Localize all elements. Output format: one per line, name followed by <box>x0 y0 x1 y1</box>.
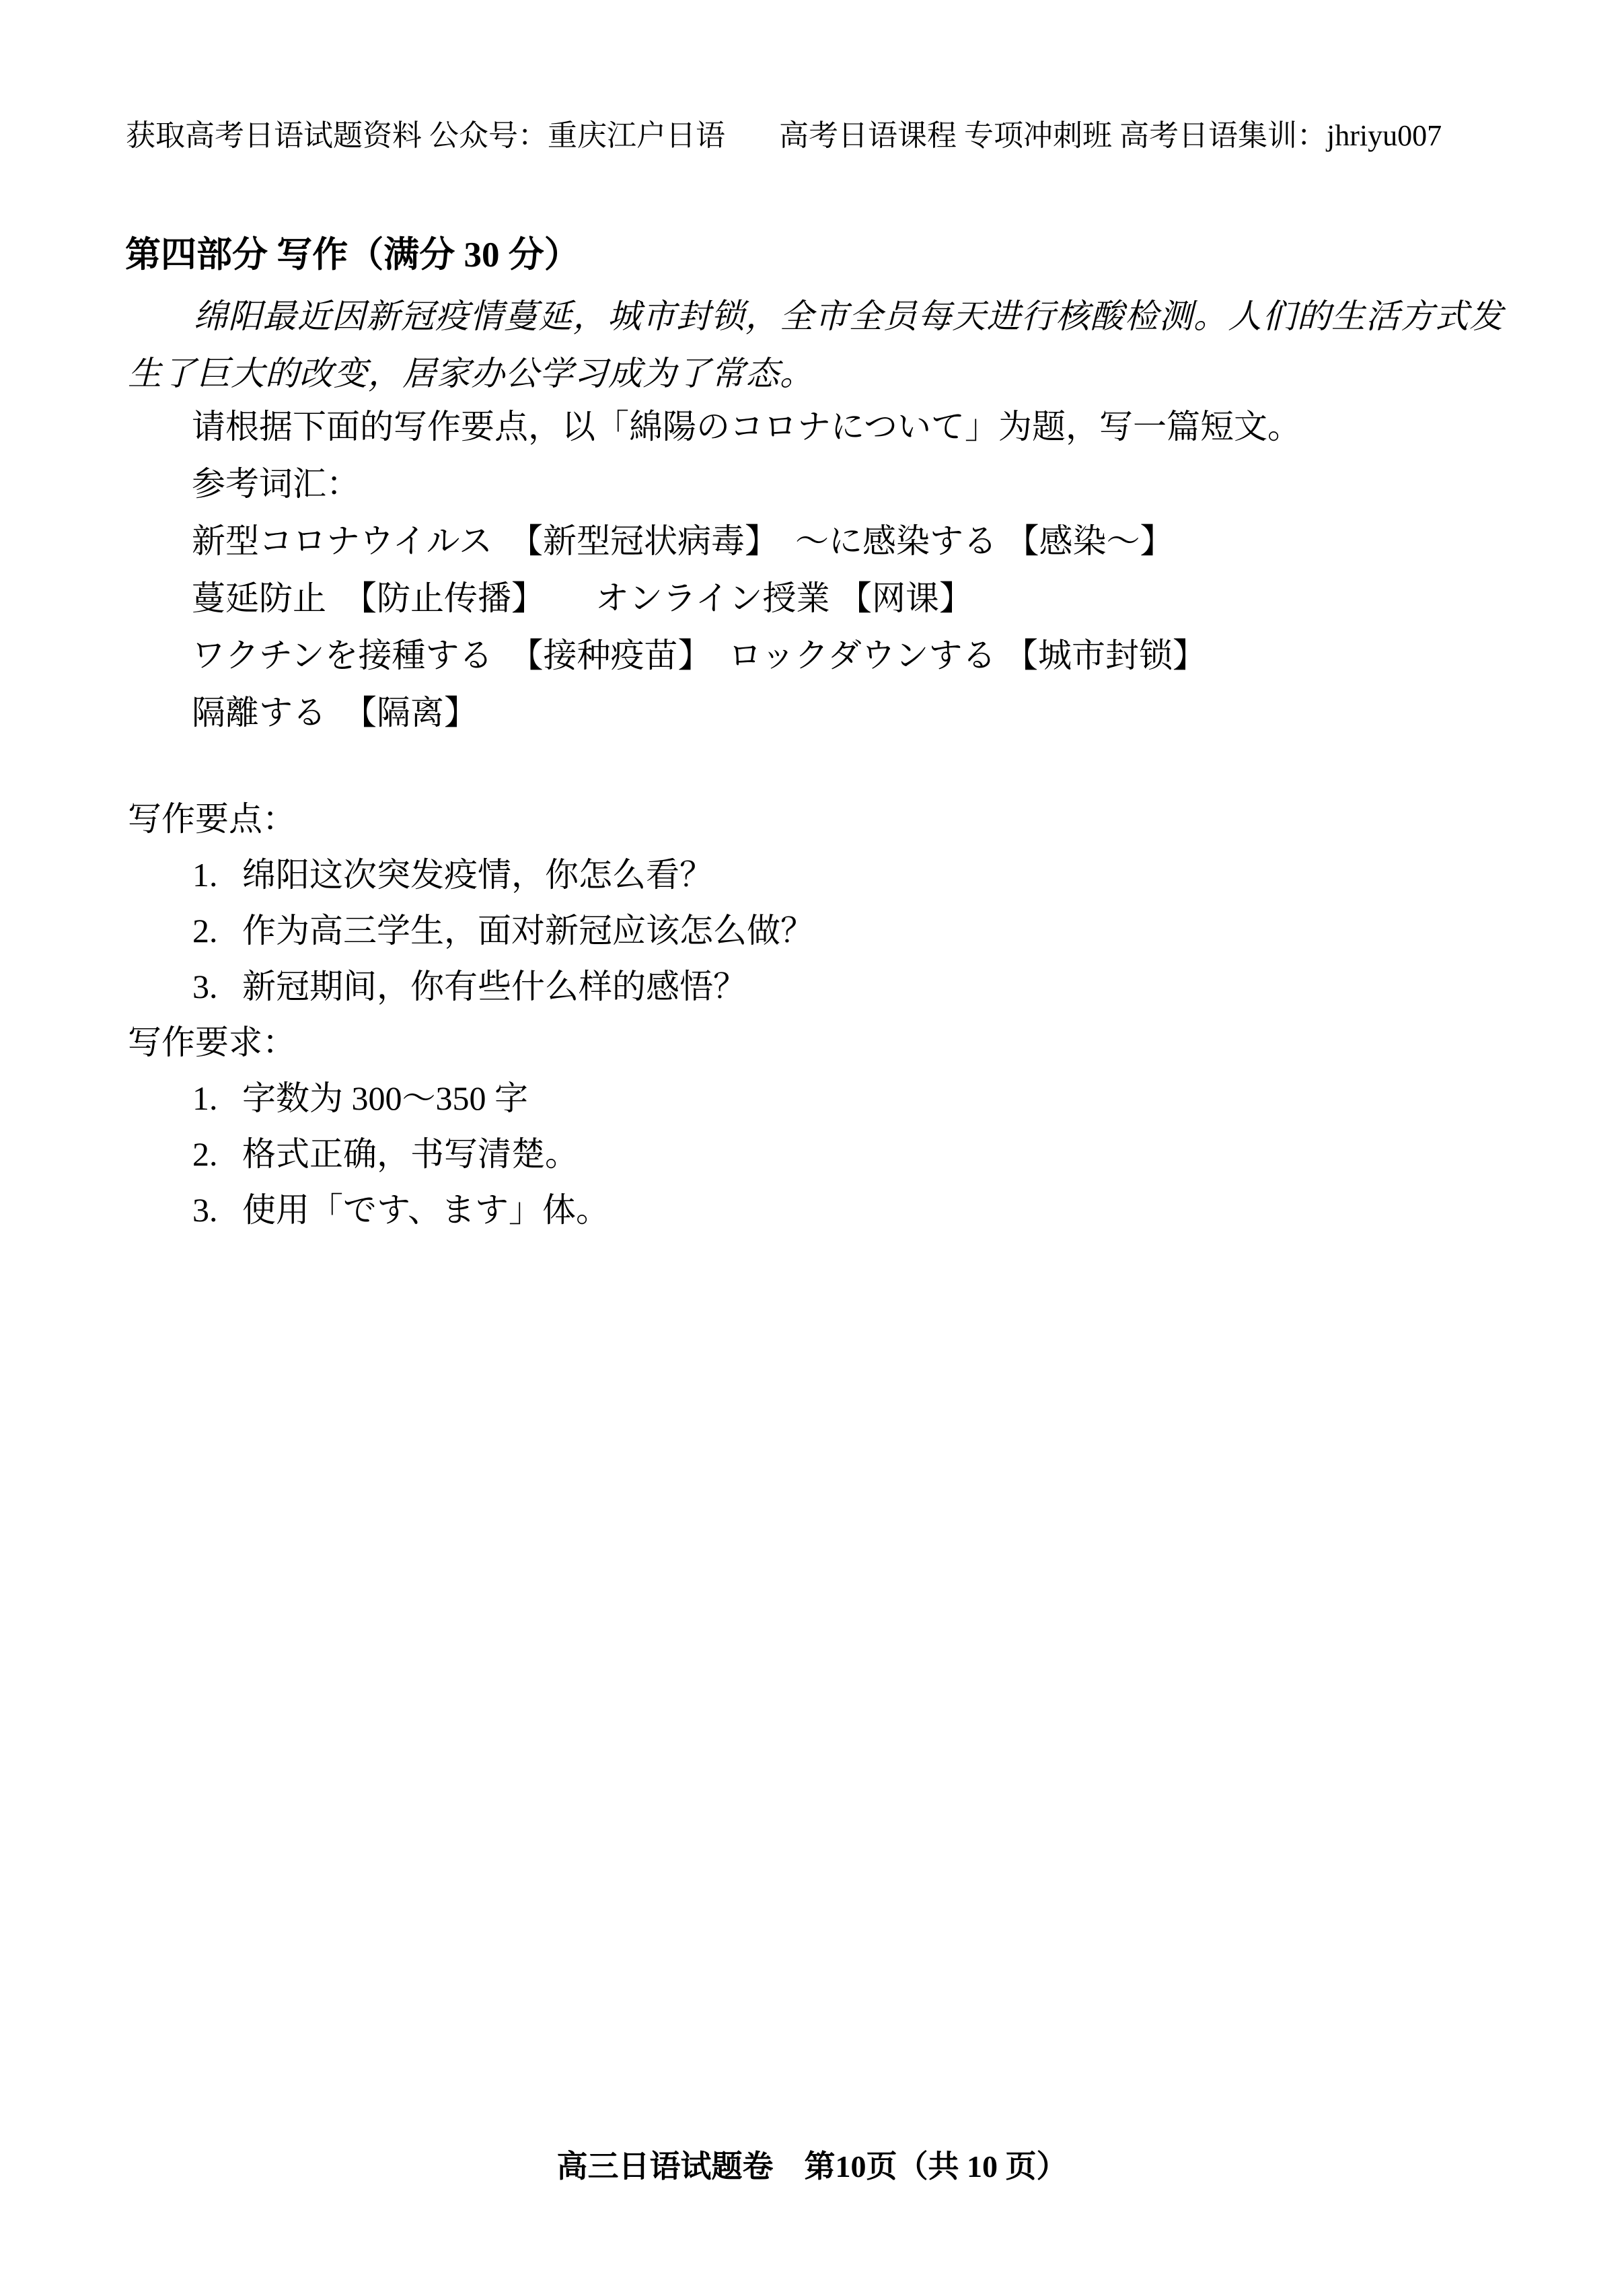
header-note-left: 获取高考日语试题资料 公众号：重庆江户日语 <box>126 111 725 154</box>
point-item: 3.新冠期间，你有些什么样的感悟？ <box>128 959 814 1015</box>
header-note-right: 高考日语课程 专项冲刺班 高考日语集训：jhriyu007 <box>779 111 1442 154</box>
item-number: 1. <box>192 1071 242 1126</box>
intro-paragraph: 绵阳最近因新冠疫情蔓延，城市封锁，全市全员每天进行核酸检测。人们的生活方式发生了… <box>128 288 1504 402</box>
item-text: 绵阳这次突发疫情，你怎么看？ <box>242 856 713 894</box>
requirements-label: 写作要求： <box>128 1015 814 1071</box>
vocab-line: 新型コロナウイルス 【新型冠状病毒】 ～に感染する 【感染～】 <box>192 513 1301 570</box>
item-number: 3. <box>192 959 242 1015</box>
item-text: 作为高三学生，面对新冠应该怎么做？ <box>242 912 814 949</box>
point-item: 2.作为高三学生，面对新冠应该怎么做？ <box>128 903 814 959</box>
requirement-item: 3.使用「です、ます」体。 <box>128 1182 814 1238</box>
vocab-line: 蔓延防止 【防止传播】 オンライン授業 【网课】 <box>192 570 1301 627</box>
item-text: 格式正确，书写清楚。 <box>242 1135 579 1173</box>
item-text: 新冠期间，你有些什么样的感悟？ <box>242 968 747 1005</box>
item-text: 使用「です、ます」体。 <box>242 1191 610 1229</box>
requirement-item: 1.字数为 300～350 字 <box>128 1071 814 1126</box>
vocab-label: 参考词汇： <box>192 456 1301 513</box>
requirement-item: 2.格式正确，书写清楚。 <box>128 1126 814 1182</box>
item-number: 2. <box>192 903 242 959</box>
item-number: 1. <box>192 847 242 903</box>
section-title: 第四部分 写作（满分 30 分） <box>125 226 580 277</box>
point-item: 1.绵阳这次突发疫情，你怎么看？ <box>128 847 814 903</box>
header-note: 获取高考日语试题资料 公众号：重庆江户日语 高考日语课程 专项冲刺班 高考日语集… <box>126 111 1442 154</box>
task-line: 请根据下面的写作要点，以「綿陽のコロナについて」为题，写一篇短文。 <box>192 398 1301 456</box>
task-and-vocab-block: 请根据下面的写作要点，以「綿陽のコロナについて」为题，写一篇短文。 参考词汇： … <box>192 398 1301 742</box>
item-number: 3. <box>192 1182 242 1238</box>
item-text: 字数为 300～350 字 <box>242 1079 528 1117</box>
vocab-line: 隔離する 【隔离】 <box>192 684 1301 742</box>
page-footer: 高三日语试题卷 第10页（共 10 页） <box>0 2142 1624 2186</box>
vocab-line: ワクチンを接種する 【接种疫苗】 ロックダウンする 【城市封锁】 <box>192 627 1301 684</box>
points-label: 写作要点： <box>128 791 814 847</box>
item-number: 2. <box>192 1126 242 1182</box>
points-and-requirements-block: 写作要点： 1.绵阳这次突发疫情，你怎么看？ 2.作为高三学生，面对新冠应该怎么… <box>128 791 814 1238</box>
